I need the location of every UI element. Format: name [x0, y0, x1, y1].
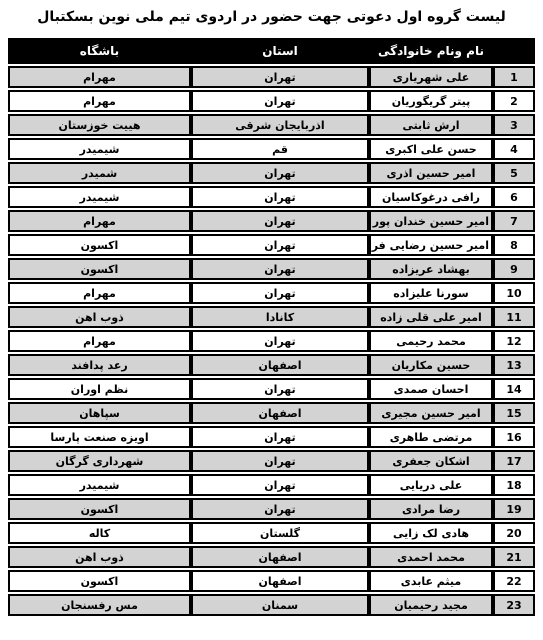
table-row: 18علی دریاییتهرانشیمیدر	[8, 474, 535, 496]
province-cell: اصفهان	[191, 570, 369, 592]
player-name-cell: مجید رحیمیان	[369, 594, 493, 616]
player-name-cell: احسان صمدی	[369, 378, 493, 400]
province-cell: تهران	[191, 234, 369, 256]
province-cell: تهران	[191, 90, 369, 112]
document-page: لیست گروه اول دعوتی جهت حضور در اردوی تی…	[0, 0, 543, 640]
club-cell: شیمیدر	[8, 474, 191, 496]
club-cell: مهرام	[8, 66, 191, 88]
player-name-cell: حسین مکاریان	[369, 354, 493, 376]
province-cell: اذربایجان شرقی	[191, 114, 369, 136]
table-row: 10سورنا علیزادهتهرانمهرام	[8, 282, 535, 304]
table-row: 8امیر حسین رضایی فرتهراناکسون	[8, 234, 535, 256]
player-name-cell: میثم عابدی	[369, 570, 493, 592]
roster-table: نام ونام خانوادگی استان باشگاه 1علی شهری…	[8, 36, 535, 618]
roster-table-body: 1علی شهریاریتهرانمهرام2پیتر گریگوریانتهر…	[8, 66, 535, 616]
row-number-cell: 2	[493, 90, 535, 112]
row-number-cell: 11	[493, 306, 535, 328]
province-cell: سمنان	[191, 594, 369, 616]
province-cell: تهران	[191, 282, 369, 304]
row-number-cell: 6	[493, 186, 535, 208]
header-province-cell: استان	[191, 38, 369, 64]
province-cell: تهران	[191, 210, 369, 232]
club-cell: سپاهان	[8, 402, 191, 424]
player-name-cell: محمد احمدی	[369, 546, 493, 568]
province-cell: تهران	[191, 258, 369, 280]
row-number-cell: 13	[493, 354, 535, 376]
club-cell: نظم اوران	[8, 378, 191, 400]
club-cell: شیمیدر	[8, 138, 191, 160]
club-cell: مهرام	[8, 90, 191, 112]
table-row: 4حسن علی اکبریقمشیمیدر	[8, 138, 535, 160]
row-number-cell: 10	[493, 282, 535, 304]
player-name-cell: حسن علی اکبری	[369, 138, 493, 160]
table-row: 7امیر حسین خندان پورتهرانمهرام	[8, 210, 535, 232]
table-row: 15امیر حسین مجیریاصفهانسپاهان	[8, 402, 535, 424]
row-number-cell: 3	[493, 114, 535, 136]
header-number-cell	[493, 38, 535, 64]
club-cell: اکسون	[8, 570, 191, 592]
player-name-cell: امیر حسین رضایی فر	[369, 234, 493, 256]
province-cell: اصفهان	[191, 546, 369, 568]
club-cell: مهرام	[8, 330, 191, 352]
table-row: 17اشکان جعفریتهرانشهرداری گرگان	[8, 450, 535, 472]
table-row: 9بهشاد عریزادهتهراناکسون	[8, 258, 535, 280]
row-number-cell: 23	[493, 594, 535, 616]
province-cell: تهران	[191, 498, 369, 520]
row-number-cell: 21	[493, 546, 535, 568]
club-cell: مس رفسنجان	[8, 594, 191, 616]
player-name-cell: پیتر گریگوریان	[369, 90, 493, 112]
row-number-cell: 16	[493, 426, 535, 448]
player-name-cell: امیر حسین اذری	[369, 162, 493, 184]
province-cell: تهران	[191, 330, 369, 352]
table-row: 22میثم عابدیاصفهاناکسون	[8, 570, 535, 592]
club-cell: اویزه صنعت پارسا	[8, 426, 191, 448]
club-cell: رعد پدافند	[8, 354, 191, 376]
table-row: 19رضا مرادیتهراناکسون	[8, 498, 535, 520]
club-cell: ذوب اهن	[8, 546, 191, 568]
roster-table-header: نام ونام خانوادگی استان باشگاه	[8, 38, 535, 64]
club-cell: اکسون	[8, 234, 191, 256]
table-row: 23مجید رحیمیانسمنانمس رفسنجان	[8, 594, 535, 616]
club-cell: اکسون	[8, 258, 191, 280]
player-name-cell: علی شهریاری	[369, 66, 493, 88]
club-cell: ذوب اهن	[8, 306, 191, 328]
row-number-cell: 9	[493, 258, 535, 280]
header-club-cell: باشگاه	[8, 38, 191, 64]
province-cell: کانادا	[191, 306, 369, 328]
player-name-cell: مرتضی طاهری	[369, 426, 493, 448]
table-row: 16مرتضی طاهریتهراناویزه صنعت پارسا	[8, 426, 535, 448]
player-name-cell: رضا مرادی	[369, 498, 493, 520]
header-row: نام ونام خانوادگی استان باشگاه	[8, 38, 535, 64]
player-name-cell: سورنا علیزاده	[369, 282, 493, 304]
province-cell: اصفهان	[191, 402, 369, 424]
row-number-cell: 7	[493, 210, 535, 232]
province-cell: تهران	[191, 162, 369, 184]
row-number-cell: 15	[493, 402, 535, 424]
row-number-cell: 17	[493, 450, 535, 472]
club-cell: شمیدر	[8, 162, 191, 184]
table-row: 20هادی لک زاییگلستانکاله	[8, 522, 535, 544]
club-cell: هییت خوزستان	[8, 114, 191, 136]
player-name-cell: امیر علی قلی زاده	[369, 306, 493, 328]
row-number-cell: 8	[493, 234, 535, 256]
province-cell: قم	[191, 138, 369, 160]
table-row: 6رافی درغوکاسیانتهرانشیمیدر	[8, 186, 535, 208]
player-name-cell: امیر حسین مجیری	[369, 402, 493, 424]
table-row: 13حسین مکاریاناصفهانرعد پدافند	[8, 354, 535, 376]
province-cell: تهران	[191, 66, 369, 88]
table-row: 5امیر حسین اذریتهرانشمیدر	[8, 162, 535, 184]
header-name-cell: نام ونام خانوادگی	[369, 38, 493, 64]
province-cell: اصفهان	[191, 354, 369, 376]
player-name-cell: محمد رحیمی	[369, 330, 493, 352]
table-row: 3ارش ثابتیاذربایجان شرقیهییت خوزستان	[8, 114, 535, 136]
player-name-cell: هادی لک زایی	[369, 522, 493, 544]
province-cell: تهران	[191, 426, 369, 448]
club-cell: اکسون	[8, 498, 191, 520]
table-row: 12محمد رحیمیتهرانمهرام	[8, 330, 535, 352]
player-name-cell: بهشاد عریزاده	[369, 258, 493, 280]
row-number-cell: 20	[493, 522, 535, 544]
province-cell: تهران	[191, 186, 369, 208]
row-number-cell: 19	[493, 498, 535, 520]
table-row: 11امیر علی قلی زادهکاناداذوب اهن	[8, 306, 535, 328]
row-number-cell: 22	[493, 570, 535, 592]
province-cell: تهران	[191, 378, 369, 400]
row-number-cell: 14	[493, 378, 535, 400]
row-number-cell: 12	[493, 330, 535, 352]
province-cell: تهران	[191, 450, 369, 472]
province-cell: تهران	[191, 474, 369, 496]
player-name-cell: علی دریایی	[369, 474, 493, 496]
table-row: 14احسان صمدیتهراننظم اوران	[8, 378, 535, 400]
club-cell: شیمیدر	[8, 186, 191, 208]
row-number-cell: 5	[493, 162, 535, 184]
row-number-cell: 4	[493, 138, 535, 160]
table-row: 2پیتر گریگوریانتهرانمهرام	[8, 90, 535, 112]
row-number-cell: 1	[493, 66, 535, 88]
province-cell: گلستان	[191, 522, 369, 544]
table-row: 21محمد احمدیاصفهانذوب اهن	[8, 546, 535, 568]
player-name-cell: اشکان جعفری	[369, 450, 493, 472]
page-title: لیست گروه اول دعوتی جهت حضور در اردوی تی…	[0, 0, 543, 25]
club-cell: مهرام	[8, 282, 191, 304]
club-cell: مهرام	[8, 210, 191, 232]
player-name-cell: رافی درغوکاسیان	[369, 186, 493, 208]
player-name-cell: ارش ثابتی	[369, 114, 493, 136]
club-cell: کاله	[8, 522, 191, 544]
player-name-cell: امیر حسین خندان پور	[369, 210, 493, 232]
table-row: 1علی شهریاریتهرانمهرام	[8, 66, 535, 88]
row-number-cell: 18	[493, 474, 535, 496]
club-cell: شهرداری گرگان	[8, 450, 191, 472]
